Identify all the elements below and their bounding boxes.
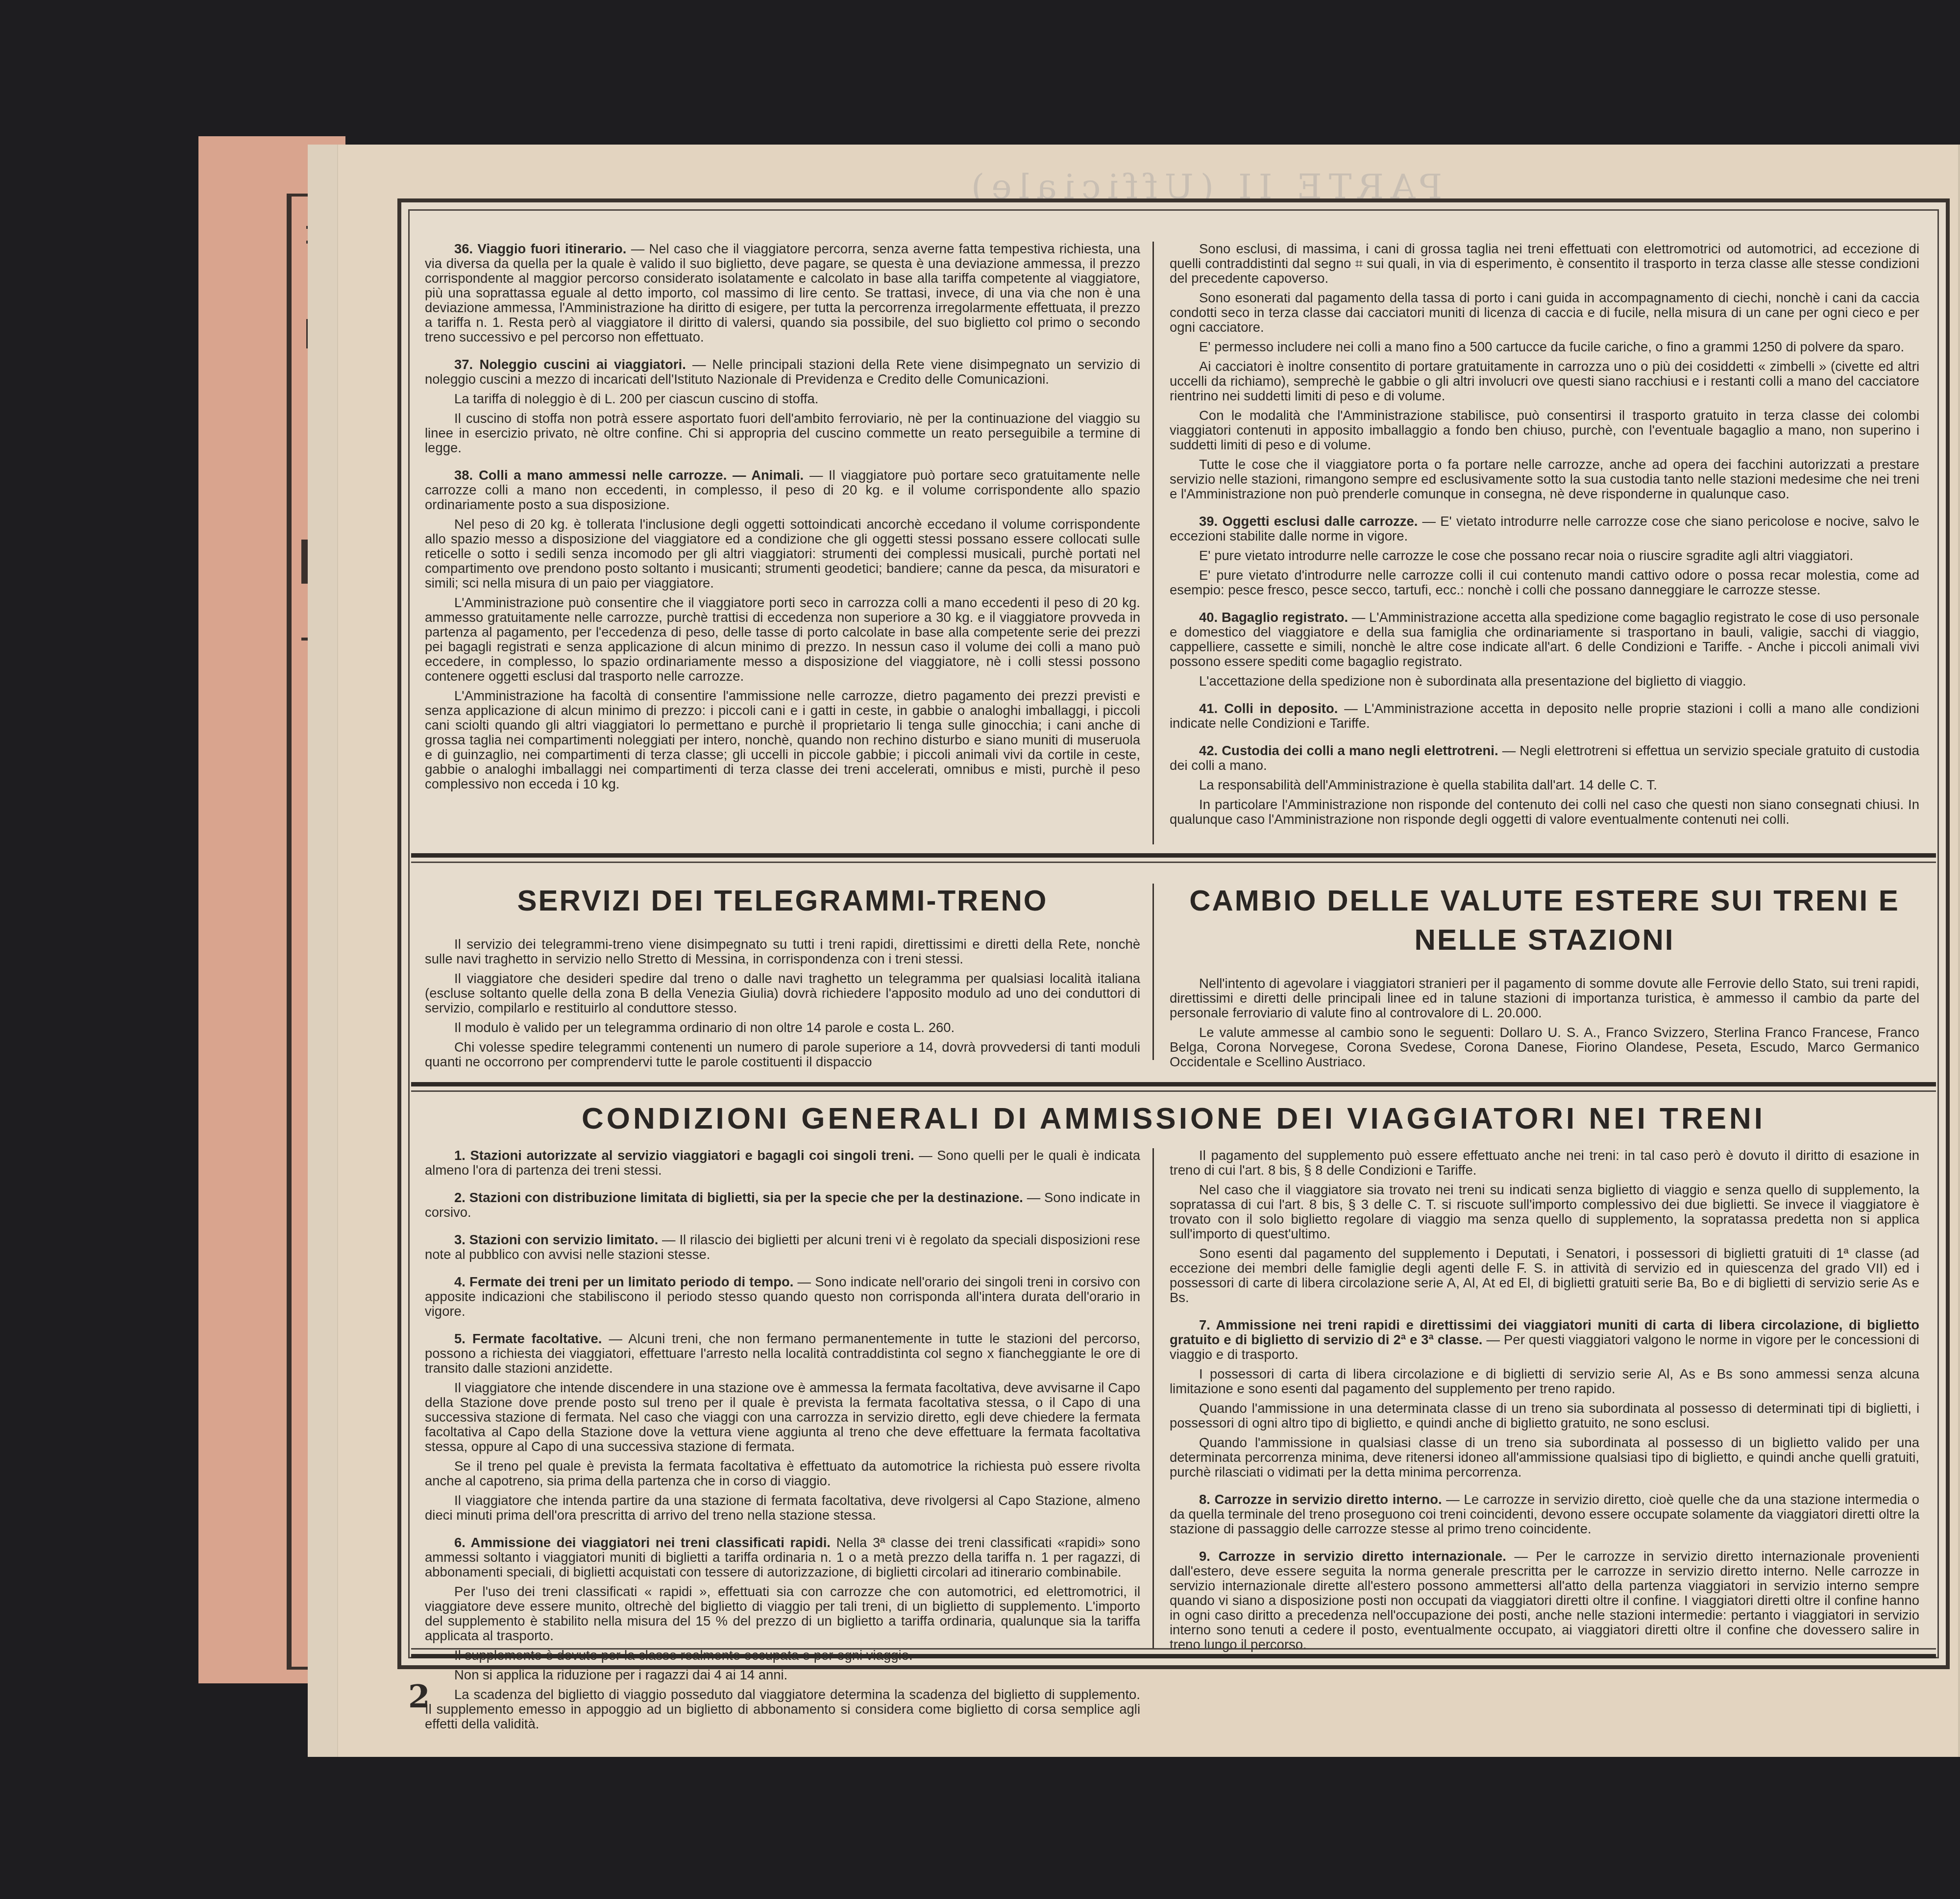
article-title: Fermate dei treni per un limitato period… — [469, 1274, 797, 1289]
article-title: Stazioni autorizzate al servizio viaggia… — [470, 1148, 919, 1163]
article: 40. Bagaglio registrato. — L'Amministraz… — [1170, 610, 1919, 689]
article-paragraph: L'Amministrazione ha facoltà di consenti… — [425, 689, 1140, 791]
article-paragraph: Il viaggiatore che intende discendere in… — [425, 1381, 1140, 1454]
condizioni-right-column: Il pagamento del supplemento può essere … — [1170, 1148, 1919, 1665]
article-paragraph: Sono esonerati dal pagamento della tassa… — [1170, 291, 1919, 335]
column-divider — [1152, 242, 1154, 844]
article: 6. Ammissione dei viaggiatori nei treni … — [425, 1535, 1140, 1731]
article-paragraph: La tariffa di noleggio è di L. 200 per c… — [425, 392, 1140, 406]
article-paragraph: 8. Carrozze in servizio diretto interno.… — [1170, 1492, 1919, 1536]
column-divider — [1152, 884, 1154, 1060]
article-number: 38. — [454, 468, 479, 483]
article-paragraph: Ai cacciatori è inoltre consentito di po… — [1170, 359, 1919, 403]
article-text: Se il treno pel quale è prevista la ferm… — [425, 1458, 1140, 1488]
article-text: In particolare l'Amministrazione non ris… — [1170, 797, 1919, 827]
article-text: Nel caso che il viaggiatore sia trovato … — [1170, 1182, 1919, 1241]
services-section: SERVIZI DEI TELEGRAMMI-TRENO Il servizio… — [415, 871, 1932, 1067]
article-paragraph: 41. Colli in deposito. — L'Amministrazio… — [1170, 701, 1919, 731]
article: 1. Stazioni autorizzate al servizio viag… — [425, 1148, 1140, 1178]
article-paragraph: L'accettazione della spedizione non è su… — [1170, 674, 1919, 689]
article-text: La responsabilità dell'Amministrazione è… — [1199, 777, 1657, 792]
article-number: 5. — [454, 1331, 472, 1346]
column-divider — [1152, 1148, 1154, 1648]
article: 36. Viaggio fuori itinerario. — Nel caso… — [425, 242, 1140, 345]
article-paragraph: Sono esclusi, di massima, i cani di gros… — [1170, 242, 1919, 286]
articles-left-column: 36. Viaggio fuori itinerario. — Nel caso… — [425, 242, 1140, 804]
article-paragraph: E' pure vietato introdurre nelle carrozz… — [1170, 548, 1919, 563]
cambio-heading-line1: CAMBIO DELLE VALUTE ESTERE SUI TRENI E — [1170, 881, 1919, 920]
article: 8. Carrozze in servizio diretto interno.… — [1170, 1492, 1919, 1536]
article-title: Noleggio cuscini ai viaggiatori. — [479, 357, 692, 372]
article-paragraph: 7. Ammissione nei treni rapidi e diretti… — [1170, 1318, 1919, 1362]
article: Sono esclusi, di massima, i cani di gros… — [1170, 242, 1919, 501]
article-number: 39. — [1199, 514, 1222, 529]
article-text: Sono esonerati dal pagamento della tassa… — [1170, 290, 1919, 335]
article-paragraph: 38. Colli a mano ammessi nelle carrozze.… — [425, 468, 1140, 512]
body-paragraph: Il servizio dei telegrammi-treno viene d… — [425, 937, 1140, 966]
article-paragraph: Non si applica la riduzione per i ragazz… — [425, 1668, 1140, 1682]
article-text: Quando l'ammissione in qualsiasi classe … — [1170, 1435, 1919, 1480]
article-paragraph: Quando l'ammissione in qualsiasi classe … — [1170, 1435, 1919, 1480]
article-number: 37. — [454, 357, 479, 372]
article: 9. Carrozze in servizio diretto internaz… — [1170, 1549, 1919, 1652]
body-paragraph: Le valute ammesse al cambio sono le segu… — [1170, 1025, 1919, 1069]
article-paragraph: 1. Stazioni autorizzate al servizio viag… — [425, 1148, 1140, 1178]
article-paragraph: 39. Oggetti esclusi dalle carrozze. — E'… — [1170, 514, 1919, 543]
article-number: 3. — [454, 1232, 469, 1247]
article-paragraph: Quando l'ammissione in una determinata c… — [1170, 1401, 1919, 1430]
article-text: La scadenza del biglietto di viaggio pos… — [425, 1687, 1140, 1731]
article-paragraph: Per l'uso dei treni classificati « rapid… — [425, 1584, 1140, 1643]
article-text: La tariffa di noleggio è di L. 200 per c… — [454, 391, 819, 406]
section-rule — [411, 1082, 1936, 1086]
article: 37. Noleggio cuscini ai viaggiatori. — N… — [425, 357, 1140, 455]
telegrammi-block: SERVIZI DEI TELEGRAMMI-TRENO Il servizio… — [425, 871, 1140, 1074]
article-title: Carrozze in servizio diretto internazion… — [1219, 1549, 1515, 1564]
article-number: 4. — [454, 1274, 469, 1289]
condizioni-heading: CONDIZIONI GENERALI DI AMMISSIONE DEI VI… — [415, 1099, 1932, 1138]
article-number: 9. — [1199, 1549, 1219, 1564]
article-number: 36. — [454, 241, 478, 256]
article-title: Carrozze in servizio diretto interno. — [1215, 1492, 1446, 1507]
article-text: E' permesso includere nei colli a mano f… — [1199, 339, 1904, 354]
article-paragraph: Nel caso che il viaggiatore sia trovato … — [1170, 1183, 1919, 1241]
article-text: Nel peso di 20 kg. è tollerata l'inclusi… — [425, 517, 1140, 591]
article-title: Stazioni con servizio limitato. — [469, 1232, 662, 1247]
article-number: 2. — [454, 1190, 469, 1205]
article-text: Il pagamento del supplemento può essere … — [1170, 1148, 1919, 1178]
article-paragraph: Tutte le cose che il viaggiatore porta o… — [1170, 457, 1919, 501]
article-number: 1. — [454, 1148, 470, 1163]
article-paragraph: 36. Viaggio fuori itinerario. — Nel caso… — [425, 242, 1140, 345]
section-rule-thin — [411, 1090, 1936, 1092]
section-rule — [411, 853, 1936, 858]
article-title: Custodia dei colli a mano negli elettrot… — [1222, 743, 1502, 758]
article-paragraph: La scadenza del biglietto di viaggio pos… — [425, 1687, 1140, 1731]
article-paragraph: 6. Ammissione dei viaggiatori nei treni … — [425, 1535, 1140, 1579]
article: 3. Stazioni con servizio limitato. — Il … — [425, 1233, 1140, 1262]
article-number: 7. — [1199, 1317, 1216, 1332]
article-text: Il cuscino di stoffa non potrà essere as… — [425, 411, 1140, 455]
body-paragraph: Il viaggiatore che desideri spedire dal … — [425, 971, 1140, 1015]
article-title: Oggetti esclusi dalle carrozze. — [1222, 514, 1422, 529]
article-text: — Per le carrozze in servizio diretto in… — [1170, 1549, 1919, 1652]
cambio-block: CAMBIO DELLE VALUTE ESTERE SUI TRENI E N… — [1170, 871, 1919, 1074]
article-text: Per l'uso dei treni classificati « rapid… — [425, 1584, 1140, 1643]
article: Il pagamento del supplemento può essere … — [1170, 1148, 1919, 1305]
article-title: Bagaglio registrato. — [1222, 610, 1352, 625]
article-title: Stazioni con distribuzione limitata di b… — [469, 1190, 1027, 1205]
article: 2. Stazioni con distribuzione limitata d… — [425, 1190, 1140, 1220]
section-rule-thin — [411, 862, 1936, 863]
article-title: Viaggio fuori itinerario. — [478, 241, 631, 256]
article-text: Sono esclusi, di massima, i cani di gros… — [1170, 241, 1919, 286]
article-paragraph: 37. Noleggio cuscini ai viaggiatori. — N… — [425, 357, 1140, 387]
article-paragraph: Se il treno pel quale è prevista la ferm… — [425, 1459, 1140, 1488]
bottom-rule — [411, 1654, 1936, 1658]
article: 4. Fermate dei treni per un limitato per… — [425, 1275, 1140, 1319]
article-text: Con le modalità che l'Amministrazione st… — [1170, 408, 1919, 452]
article-paragraph: 9. Carrozze in servizio diretto internaz… — [1170, 1549, 1919, 1652]
article-text: Il viaggiatore che intende discendere in… — [425, 1380, 1140, 1454]
article-text: L'accettazione della spedizione non è su… — [1199, 673, 1746, 689]
article-text: Il viaggiatore che intenda partire da un… — [425, 1493, 1140, 1523]
articles-right-column: Sono esclusi, di massima, i cani di gros… — [1170, 242, 1919, 839]
page-gutter — [308, 145, 338, 1757]
article: 39. Oggetti esclusi dalle carrozze. — E'… — [1170, 514, 1919, 597]
article-number: 8. — [1199, 1492, 1215, 1507]
telegrammi-body: Il servizio dei telegrammi-treno viene d… — [425, 937, 1140, 1069]
article-paragraph: 5. Fermate facoltative. — Alcuni treni, … — [425, 1332, 1140, 1376]
telegrammi-heading: SERVIZI DEI TELEGRAMMI-TRENO — [425, 881, 1140, 920]
article-paragraph: In particolare l'Amministrazione non ris… — [1170, 797, 1919, 827]
page-number: 2 — [408, 1678, 430, 1715]
article-paragraph: Nel peso di 20 kg. è tollerata l'inclusi… — [425, 517, 1140, 591]
article-paragraph: I possessori di carta di libera circolaz… — [1170, 1367, 1919, 1396]
article-paragraph: 4. Fermate dei treni per un limitato per… — [425, 1275, 1140, 1319]
article: 38. Colli a mano ammessi nelle carrozze.… — [425, 468, 1140, 791]
article-paragraph: 40. Bagaglio registrato. — L'Amministraz… — [1170, 610, 1919, 669]
article: 42. Custodia dei colli a mano negli elet… — [1170, 743, 1919, 827]
article-text: Non si applica la riduzione per i ragazz… — [454, 1667, 787, 1682]
cambio-heading-line2: NELLE STAZIONI — [1170, 920, 1919, 960]
article-paragraph: Il pagamento del supplemento può essere … — [1170, 1148, 1919, 1178]
article-text: E' pure vietato d'introdurre nelle carro… — [1170, 567, 1919, 597]
article-title: Colli a mano ammessi nelle carrozze. — A… — [479, 468, 809, 483]
article-paragraph: 3. Stazioni con servizio limitato. — Il … — [425, 1233, 1140, 1262]
article-text: L'Amministrazione può consentire che il … — [425, 595, 1140, 684]
article-paragraph: Sono esenti dal pagamento del supplement… — [1170, 1246, 1919, 1305]
body-paragraph: Nell'intento di agevolare i viaggiatori … — [1170, 976, 1919, 1020]
article-title: Colli in deposito. — [1224, 701, 1344, 716]
article-text: E' pure vietato introdurre nelle carrozz… — [1199, 548, 1853, 563]
articles-36-42-section: 36. Viaggio fuori itinerario. — Nel caso… — [415, 242, 1932, 849]
article-paragraph: Il cuscino di stoffa non potrà essere as… — [425, 411, 1140, 455]
body-paragraph: Il modulo è valido per un telegramma ord… — [425, 1020, 1140, 1035]
article: 5. Fermate facoltative. — Alcuni treni, … — [425, 1332, 1140, 1523]
document-page: PARTE II (Ufficiale) 36. Viaggio fuori i… — [308, 145, 1960, 1757]
article-paragraph: Il viaggiatore che intenda partire da un… — [425, 1493, 1140, 1523]
bottom-rule-thin — [411, 1648, 1936, 1650]
cambio-body: Nell'intento di agevolare i viaggiatori … — [1170, 976, 1919, 1069]
article-text: I possessori di carta di libera circolaz… — [1170, 1366, 1919, 1396]
article-number: 6. — [454, 1535, 471, 1550]
article-paragraph: La responsabilità dell'Amministrazione è… — [1170, 778, 1919, 792]
article-number: 40. — [1199, 610, 1222, 625]
article-paragraph: 42. Custodia dei colli a mano negli elet… — [1170, 743, 1919, 773]
article-text: Sono esenti dal pagamento del supplement… — [1170, 1246, 1919, 1305]
article-paragraph: Con le modalità che l'Amministrazione st… — [1170, 408, 1919, 452]
article-text: Tutte le cose che il viaggiatore porta o… — [1170, 457, 1919, 501]
body-paragraph: Chi volesse spedire telegrammi contenent… — [425, 1040, 1140, 1069]
article-paragraph: E' permesso includere nei colli a mano f… — [1170, 340, 1919, 354]
condizioni-section: CONDIZIONI GENERALI DI AMMISSIONE DEI VI… — [415, 1094, 1932, 1653]
article-paragraph: 2. Stazioni con distribuzione limitata d… — [425, 1190, 1140, 1220]
article-title: Fermate facoltative. — [472, 1331, 609, 1346]
article-text: L'Amministrazione ha facoltà di consenti… — [425, 688, 1140, 791]
article-text: Ai cacciatori è inoltre consentito di po… — [1170, 359, 1919, 403]
article-paragraph: L'Amministrazione può consentire che il … — [425, 595, 1140, 684]
page-frame: 36. Viaggio fuori itinerario. — Nel caso… — [397, 198, 1950, 1669]
article-text: — Nel caso che il viaggiatore percorra, … — [425, 241, 1140, 345]
article: 7. Ammissione nei treni rapidi e diretti… — [1170, 1318, 1919, 1480]
article-paragraph: E' pure vietato d'introdurre nelle carro… — [1170, 568, 1919, 597]
article-number: 42. — [1199, 743, 1222, 758]
article-number: 41. — [1199, 701, 1224, 716]
article: 41. Colli in deposito. — L'Amministrazio… — [1170, 701, 1919, 731]
article-title: Ammissione dei viaggiatori nei treni cla… — [471, 1535, 836, 1550]
article-text: Quando l'ammissione in una determinata c… — [1170, 1401, 1919, 1430]
